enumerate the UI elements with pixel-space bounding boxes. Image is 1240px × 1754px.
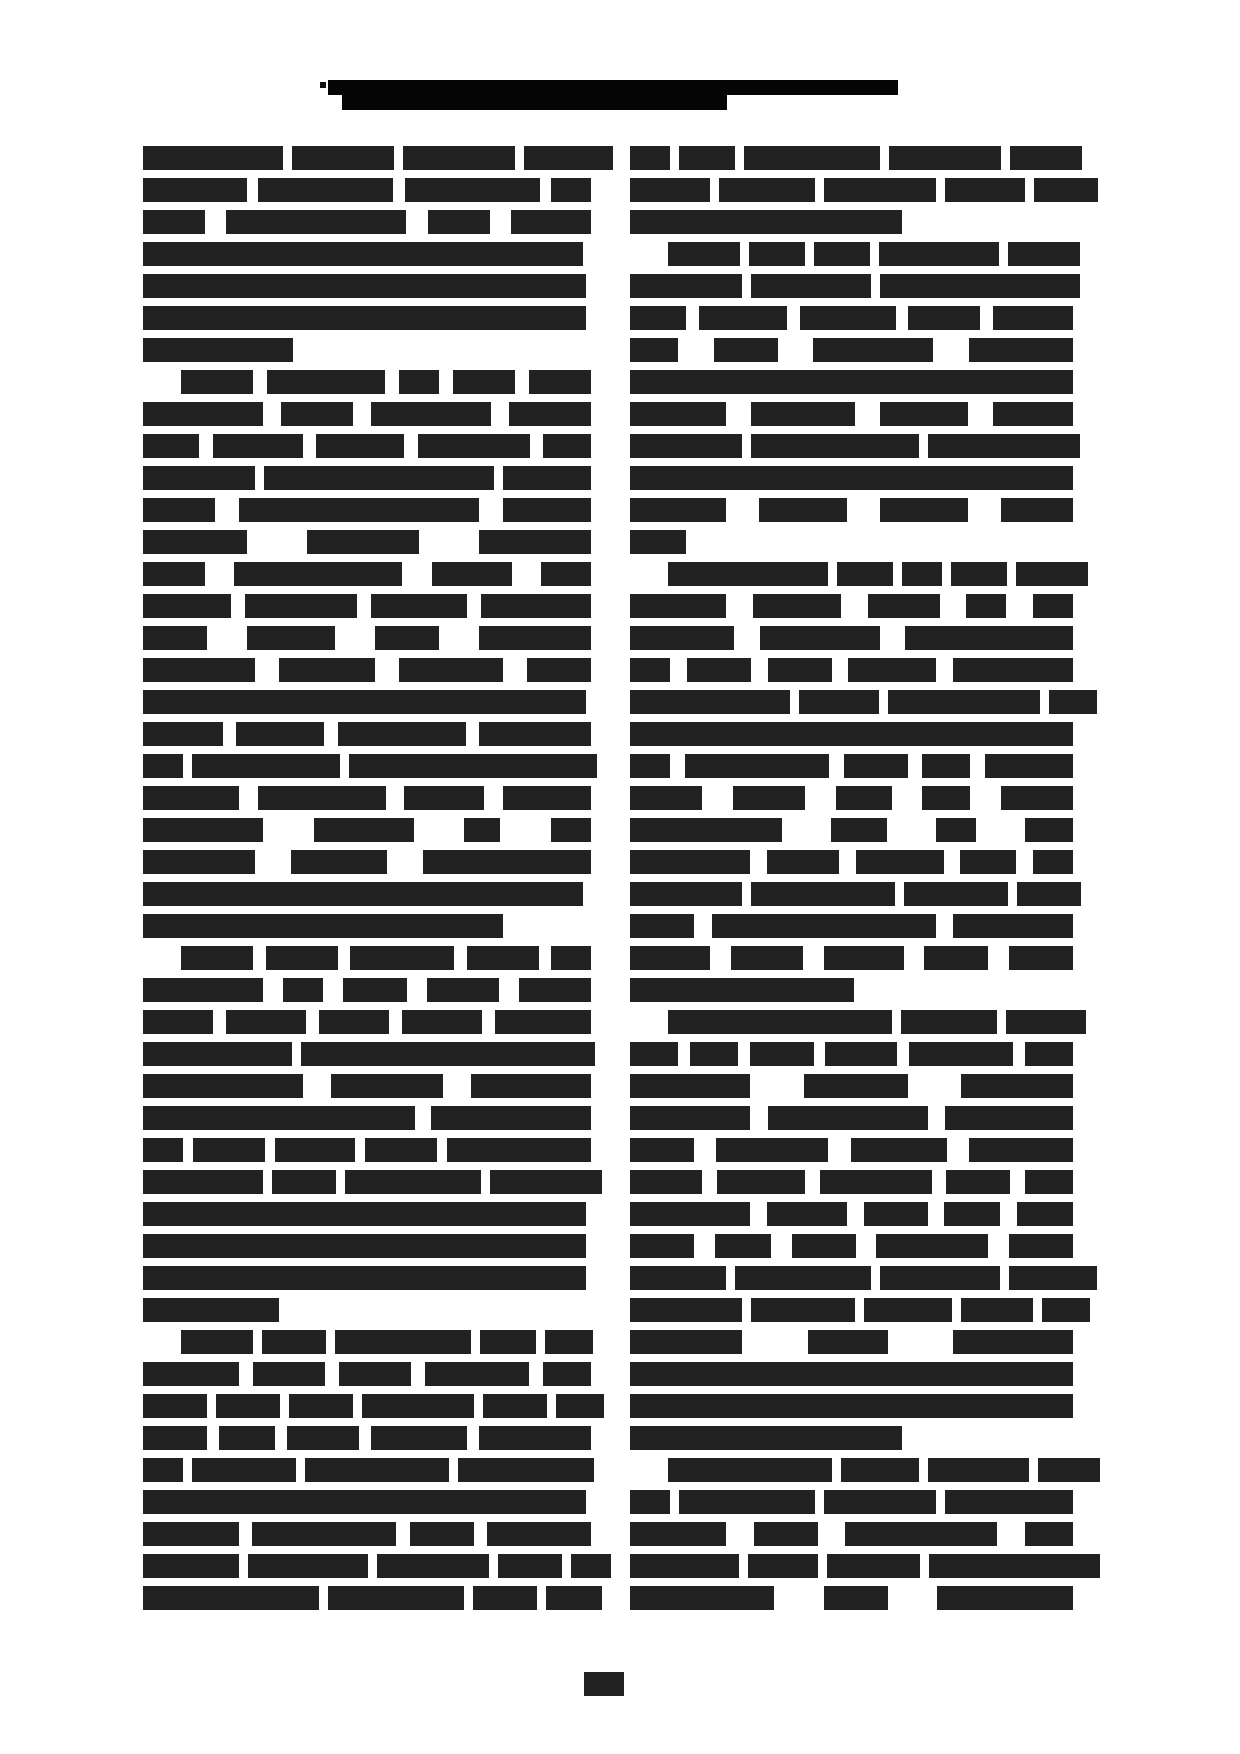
redacted-word (1038, 1458, 1100, 1482)
redacted-word (143, 562, 205, 586)
redacted-word (630, 786, 702, 810)
text-line (143, 434, 591, 458)
redacted-word (759, 498, 847, 522)
text-line (143, 530, 591, 554)
redacted-word (1009, 946, 1073, 970)
redacted-word (143, 1298, 279, 1322)
redacted-word (279, 658, 375, 682)
redacted-word (143, 914, 503, 938)
header-text: [redacted running header] (320, 80, 321, 81)
redacted-word (630, 850, 750, 874)
redacted-word (712, 914, 936, 938)
redacted-word (1016, 562, 1088, 586)
redacted-word (748, 1554, 818, 1578)
redacted-word (993, 306, 1073, 330)
redacted-word (143, 1266, 586, 1290)
redacted-word (371, 402, 491, 426)
redacted-word (427, 978, 499, 1002)
redacted-word (143, 1522, 239, 1546)
text-line (630, 594, 1073, 618)
redacted-word (936, 818, 976, 842)
redacted-word (880, 402, 968, 426)
redacted-word (143, 530, 247, 554)
text-line (630, 722, 1073, 746)
text-line (630, 1394, 1073, 1418)
text-line (630, 1010, 1073, 1034)
redacted-word (143, 1490, 586, 1514)
redacted-word (490, 1170, 602, 1194)
redacted-word (880, 498, 968, 522)
redacted-word (543, 1362, 591, 1386)
redacted-word (668, 1458, 832, 1482)
redacted-word (630, 338, 678, 362)
redacted-word (301, 1042, 595, 1066)
redacted-word (143, 1554, 239, 1578)
text-line (143, 210, 591, 234)
text-line (143, 1490, 591, 1514)
text-line (143, 242, 591, 266)
redacted-word (1025, 1170, 1073, 1194)
redacted-word (143, 434, 199, 458)
redacted-word (768, 658, 832, 682)
redacted-word (143, 210, 205, 234)
redacted-word (922, 754, 970, 778)
redacted-word (668, 242, 740, 266)
redacted-word (630, 498, 726, 522)
redacted-word (630, 1586, 774, 1610)
redacted-word (375, 626, 439, 650)
redacted-word (969, 1138, 1073, 1162)
redacted-word (879, 242, 999, 266)
running-header: [redacted running header] (320, 80, 930, 120)
redacted-word (1042, 1298, 1090, 1322)
redacted-word (824, 1490, 936, 1514)
redacted-word (418, 434, 530, 458)
redacted-word (751, 882, 895, 906)
redacted-word (904, 882, 1008, 906)
text-line (630, 1234, 1073, 1258)
text-line (630, 242, 1073, 266)
text-line (630, 338, 1073, 362)
redacted-word (800, 306, 896, 330)
text-line (630, 818, 1073, 842)
redacted-word (969, 338, 1073, 362)
redacted-word (216, 1394, 280, 1418)
redacted-word (509, 402, 591, 426)
redacted-word (985, 754, 1073, 778)
redacted-word (744, 146, 880, 170)
redacted-word (495, 1010, 591, 1034)
redacted-word (143, 1202, 586, 1226)
redacted-word (753, 594, 841, 618)
redacted-word (511, 210, 591, 234)
redacted-word (630, 1170, 702, 1194)
text-line (630, 466, 1073, 490)
redacted-word (328, 1586, 464, 1610)
redacted-word (143, 882, 583, 906)
header-line-2 (342, 95, 727, 110)
redacted-word (848, 658, 936, 682)
redacted-word (902, 562, 942, 586)
text-line (143, 1394, 591, 1418)
redacted-word (630, 178, 710, 202)
redacted-word (399, 370, 439, 394)
text-line (630, 1554, 1073, 1578)
text-line (143, 562, 591, 586)
redacted-word (410, 1522, 474, 1546)
redacted-word (1009, 1266, 1097, 1290)
redacted-word (630, 530, 686, 554)
redacted-word (630, 754, 670, 778)
redacted-word (751, 402, 855, 426)
redacted-word (143, 754, 183, 778)
redacted-word (953, 1330, 1073, 1354)
text-line (143, 818, 591, 842)
redacted-word (143, 1106, 415, 1130)
redacted-word (1008, 242, 1080, 266)
header-bullet-mark (320, 82, 326, 88)
redacted-word (814, 242, 870, 266)
redacted-word (143, 594, 231, 618)
redacted-word (630, 1522, 726, 1546)
redacted-word (181, 1330, 253, 1354)
redacted-word (767, 850, 839, 874)
text-line (630, 434, 1073, 458)
redacted-word (937, 1586, 1073, 1610)
right-text-column (630, 146, 1073, 1618)
redacted-word (464, 818, 500, 842)
text-line (143, 1554, 591, 1578)
redacted-word (143, 466, 255, 490)
redacted-word (880, 1266, 1000, 1290)
document-page: [redacted running header] [redacted] (0, 0, 1240, 1754)
redacted-word (529, 370, 591, 394)
redacted-word (961, 1298, 1033, 1322)
redacted-word (690, 1042, 738, 1066)
redacted-word (481, 594, 591, 618)
redacted-word (836, 786, 892, 810)
text-line (630, 1330, 1073, 1354)
redacted-word (192, 754, 340, 778)
text-line (630, 530, 1073, 554)
text-line (630, 178, 1073, 202)
redacted-word (503, 498, 591, 522)
text-line (143, 1106, 591, 1130)
text-line (143, 882, 591, 906)
text-line (630, 1458, 1073, 1482)
text-line (630, 882, 1073, 906)
redacted-word (405, 178, 540, 202)
redacted-word (767, 1202, 847, 1226)
redacted-word (467, 946, 539, 970)
redacted-word (479, 626, 591, 650)
redacted-word (143, 338, 293, 362)
redacted-word (630, 1298, 742, 1322)
redacted-word (292, 146, 394, 170)
redacted-word (630, 370, 1073, 394)
text-line (630, 690, 1073, 714)
redacted-word (751, 274, 871, 298)
redacted-word (248, 1554, 368, 1578)
text-line (143, 978, 591, 1002)
text-line (143, 1266, 591, 1290)
text-line (630, 306, 1073, 330)
redacted-word (498, 1554, 562, 1578)
redacted-word (316, 434, 404, 458)
redacted-word (630, 1202, 750, 1226)
redacted-word (399, 658, 503, 682)
text-line (630, 370, 1073, 394)
redacted-word (908, 306, 980, 330)
redacted-word (944, 1202, 1000, 1226)
redacted-word (143, 402, 263, 426)
header-line-1 (328, 80, 898, 95)
redacted-word (213, 434, 303, 458)
redacted-word (143, 498, 215, 522)
redacted-word (630, 818, 782, 842)
redacted-word (961, 1074, 1073, 1098)
text-line (630, 1138, 1073, 1162)
redacted-word (630, 1138, 694, 1162)
redacted-word (143, 306, 586, 330)
redacted-word (824, 1586, 888, 1610)
redacted-word (715, 1234, 771, 1258)
redacted-word (234, 562, 402, 586)
redacted-word (630, 1042, 678, 1066)
redacted-word (258, 786, 386, 810)
text-line (143, 690, 591, 714)
text-line (143, 1458, 591, 1482)
redacted-word (181, 370, 253, 394)
redacted-word (1025, 1042, 1073, 1066)
text-line (630, 850, 1073, 874)
redacted-word (630, 210, 902, 234)
page-number: [redacted] (584, 1672, 624, 1696)
text-line (143, 850, 591, 874)
text-line (143, 1074, 591, 1098)
redacted-word (480, 1330, 536, 1354)
redacted-word (266, 946, 338, 970)
redacted-word (751, 1298, 855, 1322)
redacted-word (226, 210, 406, 234)
redacted-word (827, 1554, 920, 1578)
redacted-word (545, 1330, 593, 1354)
text-line (143, 146, 591, 170)
redacted-word (245, 594, 357, 618)
redacted-word (750, 1042, 814, 1066)
text-line (630, 1074, 1073, 1098)
text-line (143, 1138, 591, 1162)
redacted-word (630, 1394, 1073, 1418)
redacted-word (630, 1554, 739, 1578)
redacted-word (864, 1298, 952, 1322)
redacted-word (630, 1074, 750, 1098)
redacted-word (473, 1586, 537, 1610)
text-line (143, 1586, 591, 1610)
text-line (630, 210, 1073, 234)
redacted-word (219, 1426, 275, 1450)
redacted-word (143, 1362, 239, 1386)
redacted-word (909, 1042, 1013, 1066)
text-line (630, 274, 1073, 298)
redacted-word (630, 1106, 750, 1130)
redacted-word (551, 178, 591, 202)
text-line (143, 1522, 591, 1546)
redacted-word (630, 1330, 742, 1354)
redacted-word (824, 946, 904, 970)
redacted-word (993, 402, 1073, 426)
redacted-word (1025, 818, 1073, 842)
redacted-word (143, 1458, 183, 1482)
redacted-word (345, 1170, 481, 1194)
text-line (143, 1426, 591, 1450)
redacted-word (630, 274, 742, 298)
text-line (143, 626, 591, 650)
redacted-word (541, 562, 591, 586)
redacted-word (630, 1490, 670, 1514)
redacted-word (808, 1330, 888, 1354)
redacted-word (1034, 178, 1098, 202)
redacted-word (519, 978, 591, 1002)
text-line (143, 722, 591, 746)
redacted-word (630, 306, 686, 330)
redacted-word (258, 178, 393, 202)
redacted-word (1001, 498, 1073, 522)
redacted-word (1006, 1010, 1086, 1034)
redacted-word (479, 1426, 591, 1450)
text-line (630, 498, 1073, 522)
text-line (630, 914, 1073, 938)
text-line (143, 914, 591, 938)
redacted-word (143, 274, 586, 298)
redacted-word (945, 1490, 1073, 1514)
redacted-word (365, 1138, 437, 1162)
redacted-word (287, 1426, 359, 1450)
redacted-word (1017, 882, 1081, 906)
text-line (143, 466, 591, 490)
text-line (143, 1330, 591, 1354)
text-line (143, 498, 591, 522)
redacted-word (714, 338, 778, 362)
redacted-word (679, 146, 735, 170)
redacted-word (283, 978, 323, 1002)
redacted-word (733, 786, 805, 810)
redacted-word (630, 914, 694, 938)
redacted-word (338, 722, 466, 746)
redacted-word (1009, 1234, 1073, 1258)
redacted-word (307, 530, 419, 554)
redacted-word (928, 1458, 1029, 1482)
text-line (630, 1106, 1073, 1130)
redacted-word (479, 530, 591, 554)
redacted-word (487, 1522, 591, 1546)
redacted-word (824, 178, 936, 202)
redacted-word (335, 1330, 471, 1354)
redacted-word (143, 658, 255, 682)
redacted-word (571, 1554, 611, 1578)
redacted-word (253, 1362, 325, 1386)
redacted-word (349, 754, 597, 778)
redacted-word (471, 1074, 591, 1098)
redacted-word (749, 242, 805, 266)
redacted-word (503, 786, 591, 810)
redacted-word (281, 402, 353, 426)
redacted-word (447, 1138, 591, 1162)
redacted-word (247, 626, 335, 650)
text-line (143, 658, 591, 682)
redacted-word (143, 1042, 292, 1066)
redacted-word (524, 146, 613, 170)
redacted-word (252, 1522, 396, 1546)
redacted-word (402, 1010, 482, 1034)
redacted-word (630, 146, 670, 170)
redacted-word (630, 1266, 726, 1290)
redacted-word (929, 1554, 1100, 1578)
redacted-word (428, 210, 490, 234)
redacted-word (403, 146, 515, 170)
text-line (143, 1234, 591, 1258)
redacted-word (143, 178, 247, 202)
redacted-word (143, 786, 239, 810)
redacted-word (754, 1522, 818, 1546)
redacted-word (841, 1458, 919, 1482)
left-text-column (143, 146, 591, 1618)
redacted-word (960, 850, 1016, 874)
text-line (630, 946, 1073, 970)
redacted-word (431, 1106, 591, 1130)
redacted-word (831, 818, 887, 842)
redacted-word (503, 466, 591, 490)
redacted-word (630, 594, 726, 618)
text-line (630, 1522, 1073, 1546)
redacted-word (272, 1170, 336, 1194)
redacted-word (888, 690, 1040, 714)
redacted-word (362, 1394, 474, 1418)
redacted-word (876, 1234, 988, 1258)
redacted-word (143, 818, 263, 842)
redacted-word (556, 1394, 604, 1418)
redacted-word (339, 1362, 411, 1386)
text-line (143, 1170, 591, 1194)
redacted-word (143, 978, 263, 1002)
text-line (143, 1010, 591, 1034)
redacted-word (275, 1138, 355, 1162)
redacted-word (804, 1074, 908, 1098)
redacted-word (143, 690, 586, 714)
redacted-word (679, 1490, 815, 1514)
text-line (143, 338, 591, 362)
text-line (143, 370, 591, 394)
redacted-word (262, 1330, 326, 1354)
redacted-word (1033, 850, 1073, 874)
redacted-word (719, 178, 815, 202)
redacted-word (1025, 1522, 1073, 1546)
redacted-word (143, 626, 207, 650)
redacted-word (1049, 690, 1097, 714)
redacted-word (864, 1202, 928, 1226)
redacted-word (289, 1394, 353, 1418)
redacted-word (181, 946, 253, 970)
redacted-word (1001, 786, 1073, 810)
redacted-word (922, 786, 970, 810)
text-line (143, 1042, 591, 1066)
redacted-word (668, 562, 828, 586)
redacted-word (966, 594, 1006, 618)
redacted-word (630, 1362, 1073, 1386)
text-line (630, 1426, 1073, 1450)
redacted-word (699, 306, 787, 330)
redacted-word (343, 978, 407, 1002)
